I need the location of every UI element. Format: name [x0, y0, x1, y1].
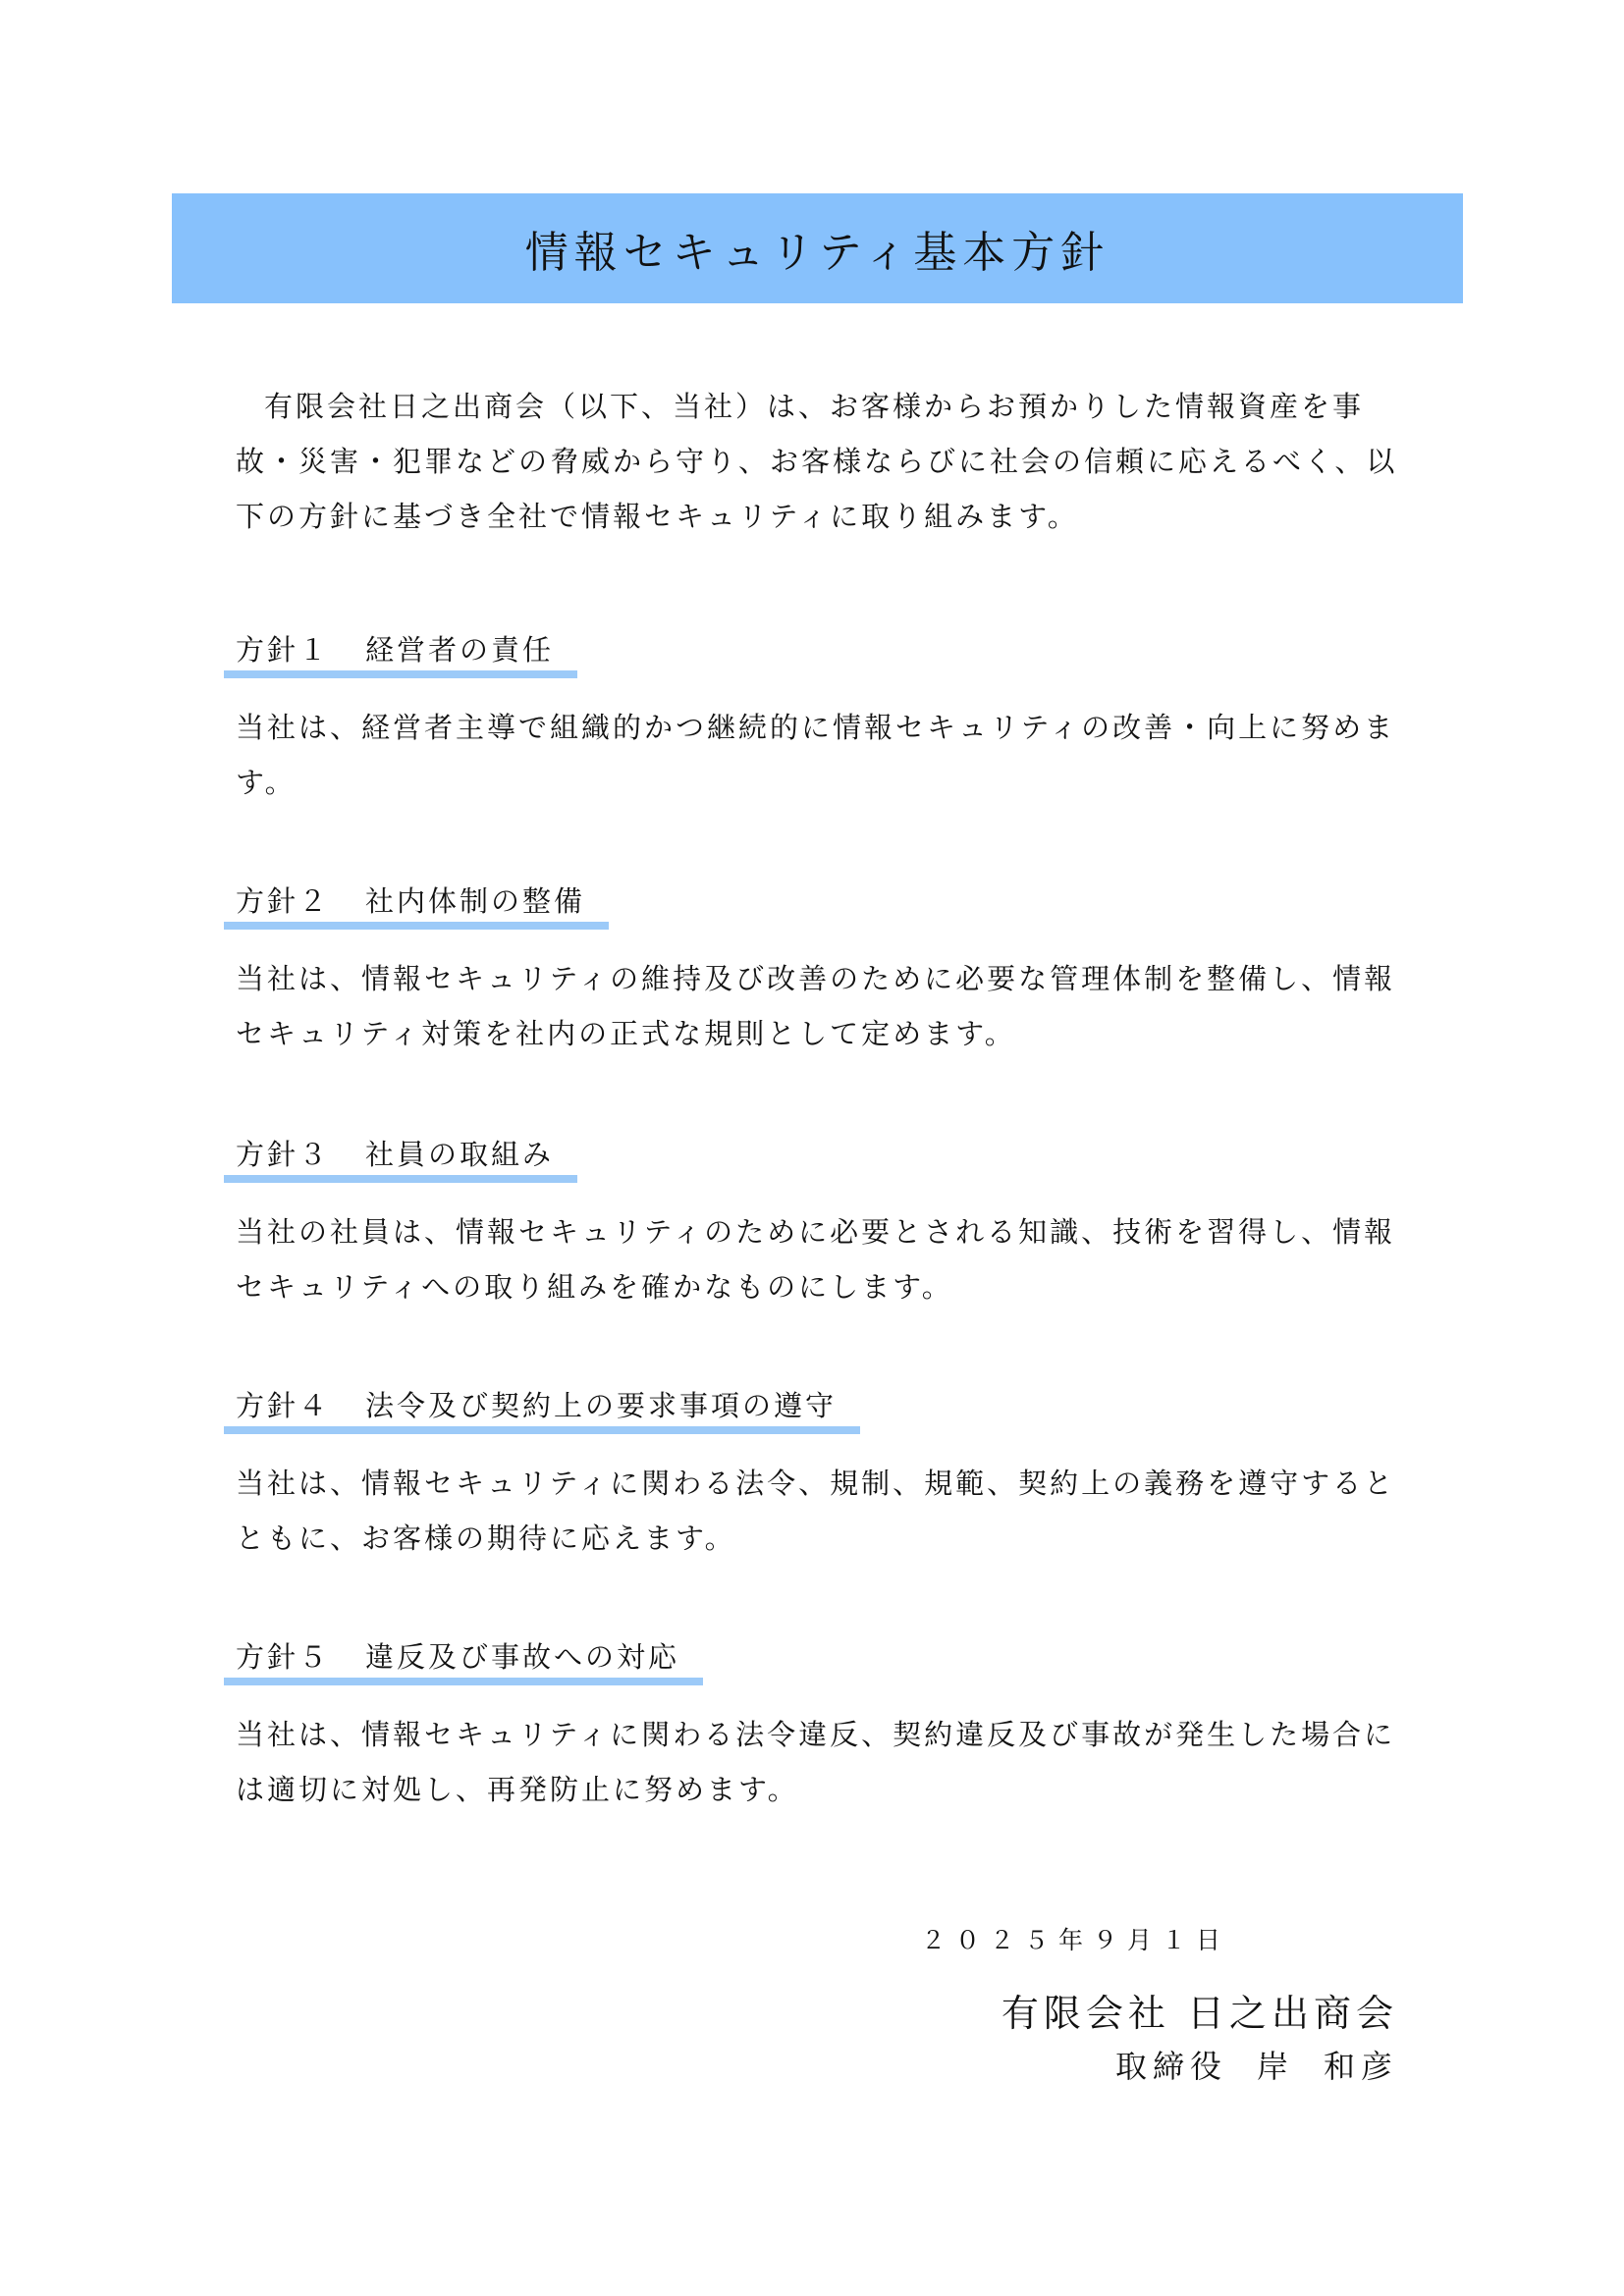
policy-body: 当社は、情報セキュリティに関わる法令、規制、規範、契約上の義務を遵守するとともに… — [236, 1456, 1412, 1566]
policy-section-5: 方針５違反及び事故への対応 当社は、情報セキュリティに関わる法令違反、契約違反及… — [224, 1635, 1412, 1817]
issue-date: ２０２５年９月１日 — [921, 1921, 1230, 1956]
policy-number: 方針５ — [236, 1640, 330, 1674]
title-banner: 情報セキュリティ基本方針 — [172, 193, 1463, 303]
policy-section-4: 方針４法令及び契約上の要求事項の遵守 当社は、情報セキュリティに関わる法令、規制… — [224, 1384, 1412, 1566]
policy-heading-text: 法令及び契約上の要求事項の遵守 — [365, 1389, 837, 1422]
heading-underline — [224, 1426, 860, 1434]
intro-text: 有限会社日之出商会（以下、当社）は、お客様からお預かりした情報資産を事故・災害・… — [236, 379, 1404, 544]
policy-heading: 方針１経営者の責任 — [224, 628, 554, 678]
policy-heading: 方針３社員の取組み — [224, 1133, 554, 1183]
signer-given-name: 和彦 — [1324, 2048, 1398, 2085]
policy-heading: 方針５違反及び事故への対応 — [224, 1635, 679, 1685]
policy-body: 当社は、情報セキュリティの維持及び改善のために必要な管理体制を整備し、情報セキュ… — [236, 951, 1412, 1061]
heading-underline — [224, 1678, 703, 1685]
signer: 取締役岸和彦 — [1115, 2042, 1398, 2087]
policy-heading-text: 違反及び事故への対応 — [365, 1640, 679, 1674]
policy-heading-text: 経営者の責任 — [365, 633, 554, 667]
document-title: 情報セキュリティ基本方針 — [525, 217, 1110, 280]
policy-number: 方針３ — [236, 1138, 330, 1171]
policy-section-3: 方針３社員の取組み 当社の社員は、情報セキュリティのために必要とされる知識、技術… — [224, 1133, 1412, 1314]
policy-number: 方針２ — [236, 884, 330, 918]
signer-title: 取締役 — [1115, 2048, 1227, 2085]
signer-surname: 岸 — [1257, 2048, 1294, 2085]
policy-heading-text: 社員の取組み — [365, 1138, 554, 1171]
policy-number: 方針１ — [236, 633, 330, 667]
intro-paragraph: 有限会社日之出商会（以下、当社）は、お客様からお預かりした情報資産を事故・災害・… — [236, 379, 1404, 544]
policy-number: 方針４ — [236, 1389, 330, 1422]
policy-heading: 方針４法令及び契約上の要求事項の遵守 — [224, 1384, 837, 1434]
policy-body: 当社の社員は、情報セキュリティのために必要とされる知識、技術を習得し、情報セキュ… — [236, 1204, 1412, 1314]
policy-section-1: 方針１経営者の責任 当社は、経営者主導で組織的かつ継続的に情報セキュリティの改善… — [224, 628, 1412, 810]
policy-body: 当社は、経営者主導で組織的かつ継続的に情報セキュリティの改善・向上に努めます。 — [236, 700, 1412, 810]
policy-heading: 方針２社内体制の整備 — [224, 880, 585, 930]
heading-underline — [224, 1175, 577, 1183]
heading-underline — [224, 670, 577, 678]
policy-section-2: 方針２社内体制の整備 当社は、情報セキュリティの維持及び改善のために必要な管理体… — [224, 880, 1412, 1061]
policy-body: 当社は、情報セキュリティに関わる法令違反、契約違反及び事故が発生した場合には適切… — [236, 1707, 1412, 1817]
company-name: 有限会社 日之出商会 — [1001, 1983, 1398, 2037]
policy-heading-text: 社内体制の整備 — [365, 884, 585, 918]
heading-underline — [224, 922, 609, 930]
